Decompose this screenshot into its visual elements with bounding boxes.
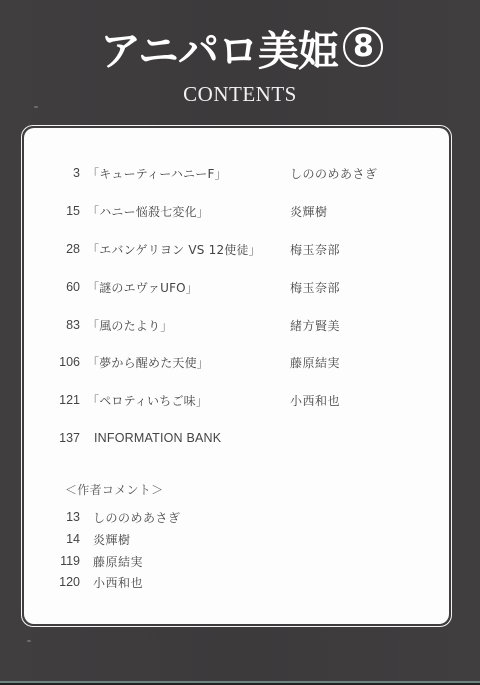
toc-row[interactable]: 137 INFORMATION BANK	[24, 428, 449, 448]
toc-row[interactable]: 60 「謎のエヴァUFO」 梅玉奈部	[24, 277, 449, 297]
author-name: 梅玉奈部	[290, 241, 340, 258]
author-name: しののめあさぎ	[93, 509, 181, 526]
page-number: 15	[44, 204, 80, 218]
comment-row[interactable]: 14 炎輝樹	[24, 529, 449, 549]
author-name: 炎輝樹	[290, 203, 328, 220]
page-number: 83	[44, 318, 80, 332]
page-number: 14	[44, 532, 80, 546]
toc-row[interactable]: 106 「夢から醒めた天使」 藤原結実	[24, 352, 449, 372]
page-number: 119	[44, 554, 80, 568]
toc-row[interactable]: 28 「エバンゲリヨン VS 12使徒」 梅玉奈部	[24, 239, 449, 259]
toc-row[interactable]: 121 「ペロティいちご味」 小西和也	[24, 390, 449, 410]
story-title: 「風のたより」	[87, 317, 172, 334]
volume-number-badge: 8	[343, 27, 383, 67]
comment-row[interactable]: 120 小西和也	[24, 572, 449, 592]
story-title: INFORMATION BANK	[94, 431, 221, 445]
toc-row[interactable]: 15 「ハニー悩殺七変化」 炎輝樹	[24, 201, 449, 221]
author-name: 梅玉奈部	[290, 279, 340, 296]
author-name: 藤原結実	[290, 354, 340, 371]
page-number: 120	[44, 575, 80, 589]
story-title: 「ハニー悩殺七変化」	[87, 203, 209, 220]
page-number: 106	[44, 355, 80, 369]
story-title: 「ペロティいちご味」	[87, 392, 208, 409]
contents-heading: CONTENTS	[0, 82, 480, 107]
book-title-text: アニパロ美姫	[100, 18, 338, 77]
contents-panel: 3 「キューティーハニーF」 しののめあさぎ 15 「ハニー悩殺七変化」 炎輝樹…	[21, 125, 452, 627]
story-title: 「エバンゲリヨン VS 12使徒」	[87, 241, 261, 258]
scan-speck	[27, 640, 31, 642]
story-title: 「謎のエヴァUFO」	[87, 279, 198, 296]
comment-row[interactable]: 13 しののめあさぎ	[24, 507, 449, 527]
contents-panel-inner: 3 「キューティーハニーF」 しののめあさぎ 15 「ハニー悩殺七変化」 炎輝樹…	[24, 128, 449, 624]
page-number: 121	[44, 393, 80, 407]
author-name: 緒方賢美	[290, 317, 340, 334]
author-name: しののめあさぎ	[290, 165, 378, 182]
author-name: 藤原結実	[93, 553, 143, 570]
page-number: 3	[44, 166, 80, 180]
author-name: 小西和也	[93, 574, 143, 591]
toc-row[interactable]: 83 「風のたより」 緒方賢美	[24, 315, 449, 335]
author-name: 小西和也	[290, 392, 340, 409]
book-title: アニパロ美姫 8	[100, 22, 383, 72]
page-number: 13	[44, 510, 80, 524]
page-number: 28	[44, 242, 80, 256]
scan-speck	[34, 106, 38, 108]
story-title: 「キューティーハニーF」	[87, 165, 227, 182]
page-number: 60	[44, 280, 80, 294]
author-comments-heading: ＜作者コメント＞	[65, 481, 163, 498]
page-number: 137	[44, 431, 80, 445]
story-title: 「夢から醒めた天使」	[87, 354, 209, 371]
author-name: 炎輝樹	[93, 531, 131, 548]
toc-row[interactable]: 3 「キューティーハニーF」 しののめあさぎ	[24, 163, 449, 183]
comment-row[interactable]: 119 藤原結実	[24, 551, 449, 571]
